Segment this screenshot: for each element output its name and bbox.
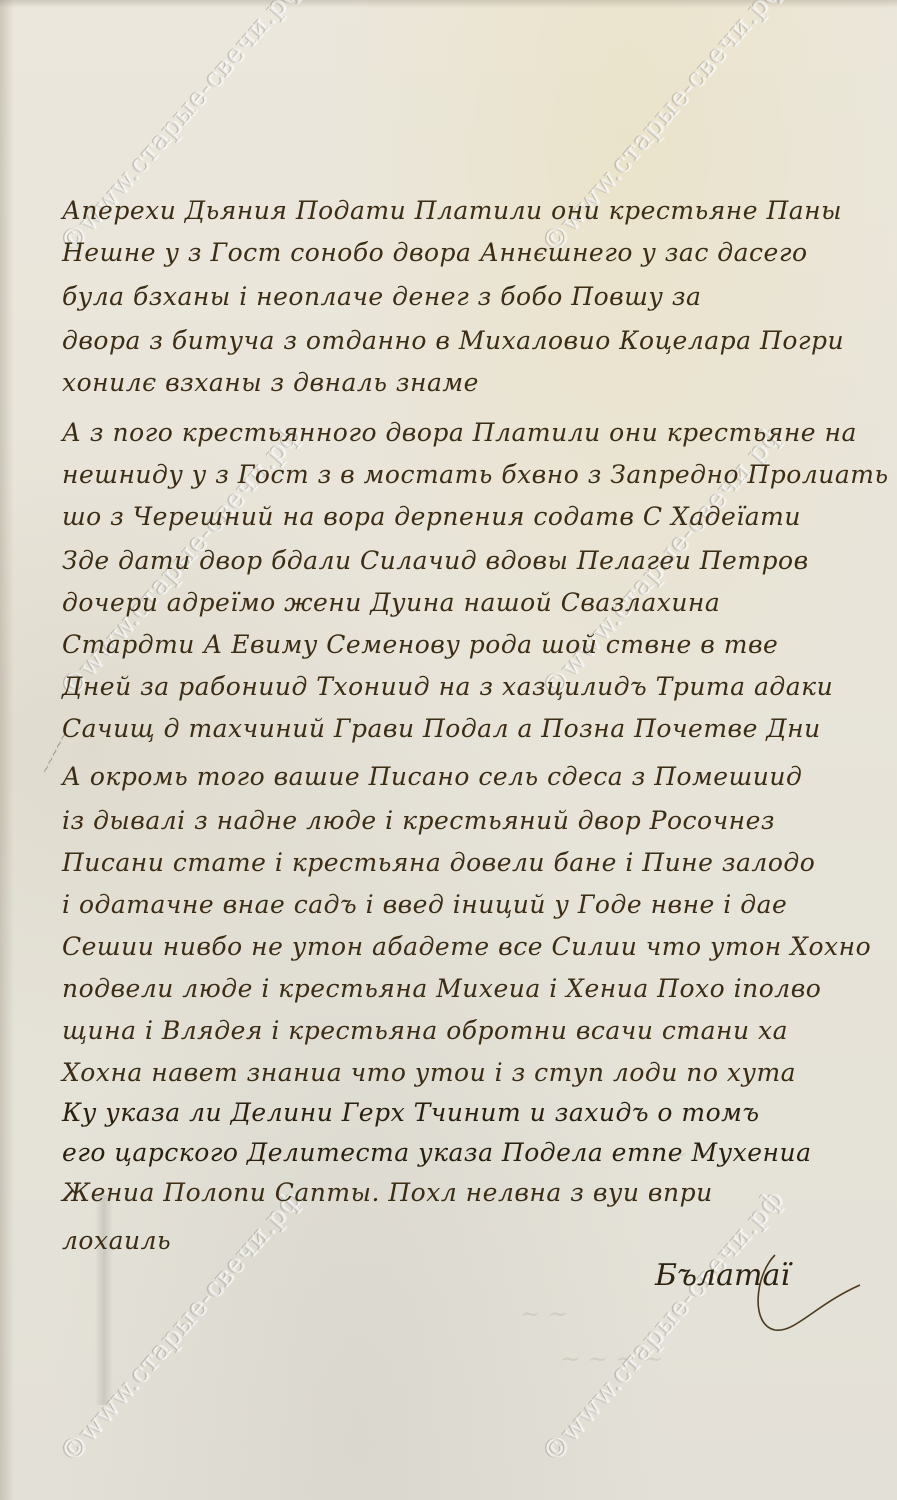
manuscript-line: щина і Влядея і крестьяна обротни всачи … xyxy=(62,1016,788,1045)
manuscript-line: Жениа Полопи Сапты. Похл нелвна з вуи вп… xyxy=(62,1178,713,1207)
manuscript-line: Аперехи Дьяния Подати Платили они кресть… xyxy=(62,196,842,225)
manuscript-line: Дней за рабониид Тхониид на з хазцилидъ … xyxy=(62,672,833,701)
manuscript-line: була бзханы і неоплаче денег з бобо Повш… xyxy=(62,282,701,311)
manuscript-line: Зде дати двор бдали Силачид вдовы Пелаге… xyxy=(62,546,809,575)
manuscript-line: подвели люде і крестьяна Михеиа і Хениа … xyxy=(62,974,821,1003)
manuscript-line: Сешии нивбо не утон абадете все Силии чт… xyxy=(62,932,871,961)
manuscript-line: двора з битуча з отданно в Михаловио Коц… xyxy=(62,326,844,355)
manuscript-line: А з пого крестьянного двора Платили они … xyxy=(62,418,857,447)
binding-shadow xyxy=(0,0,14,1500)
manuscript-line: і одатачне внае садъ і введ іниций у Год… xyxy=(62,890,787,919)
signature-flourish-icon xyxy=(745,1235,865,1345)
manuscript-line: хонилє взханы з двналь знаме xyxy=(62,368,479,397)
manuscript-line: шо з Черешний на вора дерпения содатв С … xyxy=(62,502,801,531)
manuscript-line: Стардти А Евиму Семенову рода шой ствне … xyxy=(62,630,778,659)
manuscript-line: із дывалі з надне люде і крестьяний двор… xyxy=(62,806,775,835)
ink-bleed-through: ~ ~ xyxy=(520,1300,568,1328)
manuscript-line: Писани стате і крестьяна довели бане і П… xyxy=(62,848,815,877)
manuscript-page: ~ ~ ~ ~ ~ ~ ~ ~ ~ ©www.старые-свечи.рф ©… xyxy=(0,0,897,1500)
manuscript-line: А окромь того вашие Писано сель сдеса з … xyxy=(62,762,802,791)
manuscript-line: нешниду у з Гост з в мостать бхвно з Зап… xyxy=(62,460,889,489)
manuscript-line: Ку указа ли Делини Герх Тчинит и захидъ … xyxy=(62,1098,760,1127)
manuscript-line: лохаиль xyxy=(62,1226,171,1255)
manuscript-line: Сачищ д тахчиний Грави Подал а Позна Поч… xyxy=(62,714,821,743)
manuscript-line: его царского Делитеста указа Подела етпе… xyxy=(62,1138,812,1167)
manuscript-line: дочери адреїмо жени Дуина нашой Свазлахи… xyxy=(62,588,720,617)
manuscript-line: Хохна навет знаниа что утои і з ступ лод… xyxy=(62,1058,796,1087)
manuscript-line: Нешне у з Гост сонобо двора Аннєшнего у … xyxy=(62,238,808,267)
